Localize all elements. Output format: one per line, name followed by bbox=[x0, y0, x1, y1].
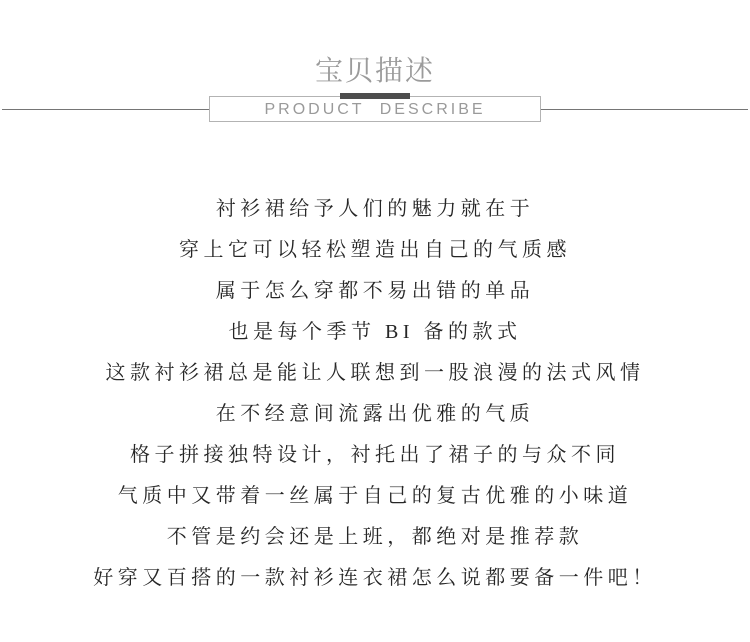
description-line: 穿上它可以轻松塑造出自己的气质感 bbox=[0, 230, 750, 271]
product-description: 衬衫裙给予人们的魅力就在于 穿上它可以轻松塑造出自己的气质感 属于怎么穿都不易出… bbox=[0, 189, 750, 599]
description-line: 也是每个季节 BI 备的款式 bbox=[0, 312, 750, 353]
description-line: 这款衬衫裙总是能让人联想到一股浪漫的法式风情 bbox=[0, 353, 750, 394]
description-line: 气质中又带着一丝属于自己的复古优雅的小味道 bbox=[0, 476, 750, 517]
description-line: 衬衫裙给予人们的魅力就在于 bbox=[0, 189, 750, 230]
subtitle-box: PRODUCT DESCRIBE bbox=[209, 96, 541, 122]
section-header: 宝贝描述 PRODUCT DESCRIBE bbox=[0, 0, 750, 122]
description-line: 属于怎么穿都不易出错的单品 bbox=[0, 271, 750, 312]
section-title-chinese: 宝贝描述 bbox=[0, 0, 750, 88]
accent-bar bbox=[340, 93, 410, 99]
header-band: PRODUCT DESCRIBE bbox=[0, 96, 750, 122]
description-line: 好穿又百搭的一款衬衫连衣裙怎么说都要备一件吧！ bbox=[0, 558, 750, 599]
description-line: 不管是约会还是上班，都绝对是推荐款 bbox=[0, 517, 750, 558]
section-title-english: PRODUCT DESCRIBE bbox=[264, 101, 485, 119]
description-line: 在不经意间流露出优雅的气质 bbox=[0, 394, 750, 435]
description-line: 格子拼接独特设计，衬托出了裙子的与众不同 bbox=[0, 435, 750, 476]
